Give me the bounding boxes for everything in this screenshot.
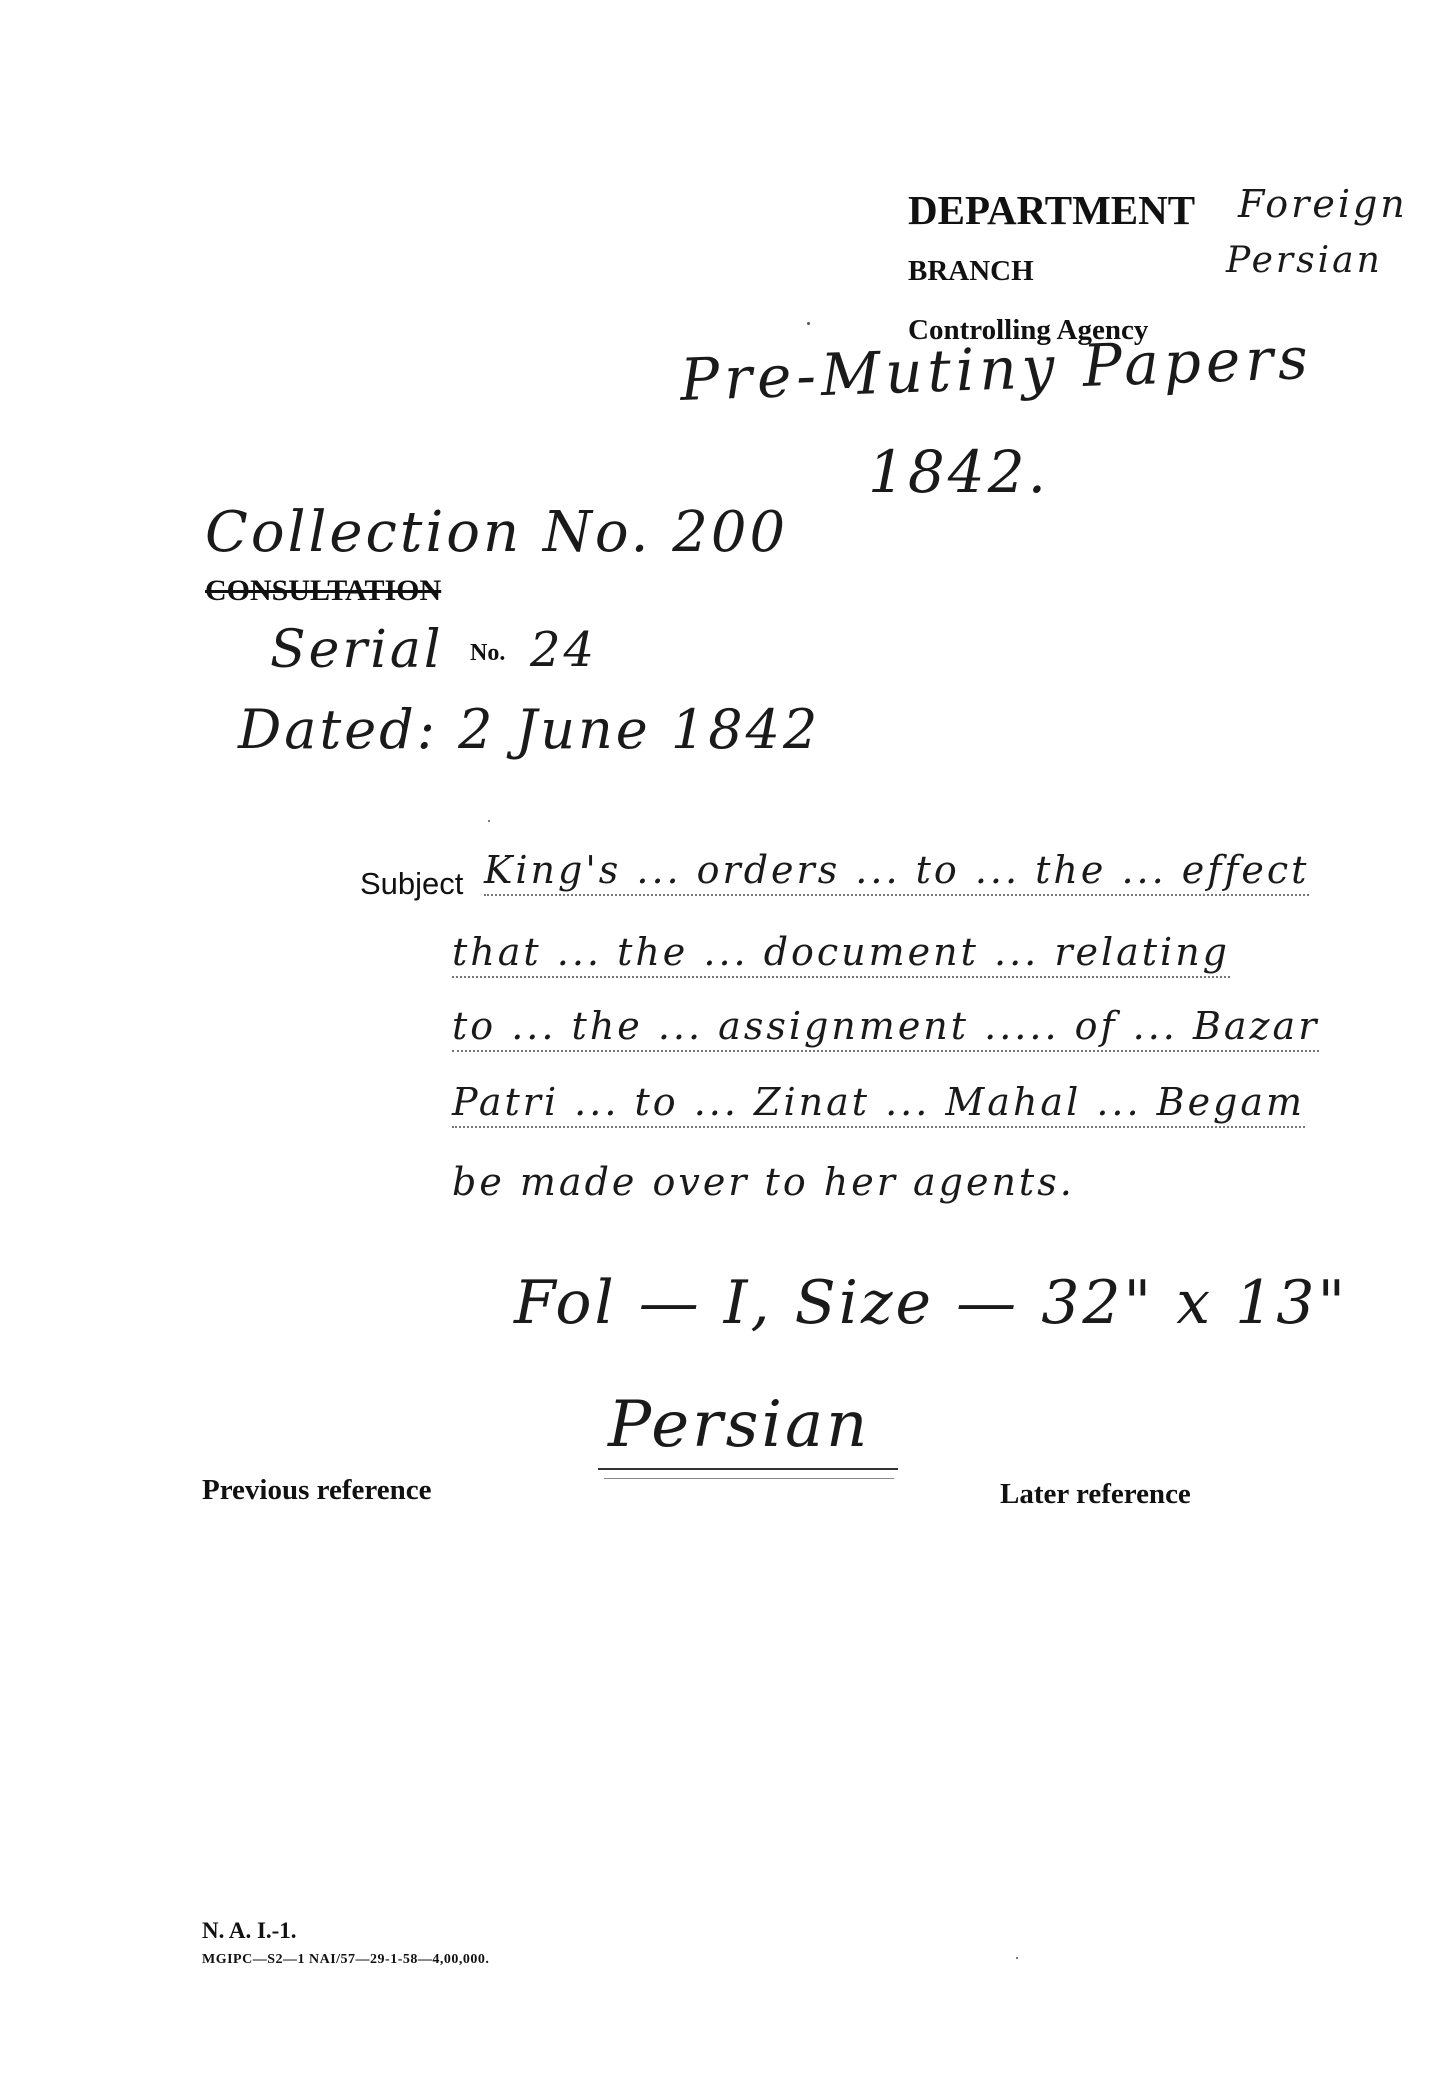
- department-label: DEPARTMENT: [908, 186, 1195, 234]
- dated: Dated: 2 June 1842: [238, 698, 820, 761]
- subject-label: Subject: [360, 866, 463, 902]
- language-underline-secondary: [604, 1478, 894, 1479]
- document-page: DEPARTMENT Foreign BRANCH Persian Contro…: [0, 0, 1441, 2073]
- previous-reference: Previous reference: [202, 1474, 432, 1507]
- language: Persian: [608, 1388, 870, 1462]
- subject-line: be made over to her agents.: [452, 1160, 1075, 1206]
- number-label: No.: [470, 640, 505, 667]
- branch-value: Persian: [1226, 240, 1383, 281]
- scan-speck: [488, 820, 490, 822]
- form-code: N. A. I.-1.: [202, 1918, 297, 1944]
- print-code: MGIPC—S2—1 NAI/57—29-1-58—4,00,000.: [202, 1952, 489, 1968]
- year: 1842.: [868, 438, 1049, 506]
- subject-line: King's ... orders ... to ... the ... eff…: [484, 848, 1309, 896]
- controlling-agency-value: Pre-Mutiny Papers: [679, 324, 1314, 414]
- serial-label: Serial: [270, 620, 444, 680]
- consultation-label: CONSULTATION: [205, 574, 441, 608]
- language-underline: [598, 1468, 898, 1470]
- folio-size: Fol — I, Size — 32" x 13": [514, 1268, 1348, 1338]
- serial-number: 24: [530, 622, 597, 678]
- department-value: Foreign: [1238, 182, 1408, 226]
- subject-line: that ... the ... document ... relating: [452, 930, 1230, 978]
- collection-number: Collection No. 200: [205, 500, 788, 565]
- subject-line: Patri ... to ... Zinat ... Mahal ... Beg…: [452, 1080, 1305, 1128]
- branch-label: BRANCH: [908, 255, 1034, 288]
- scan-speck: [1016, 1957, 1018, 1959]
- subject-line: to ... the ... assignment ..... of ... B…: [452, 1004, 1319, 1052]
- scan-speck: [807, 322, 810, 325]
- later-reference: Later reference: [1000, 1478, 1191, 1511]
